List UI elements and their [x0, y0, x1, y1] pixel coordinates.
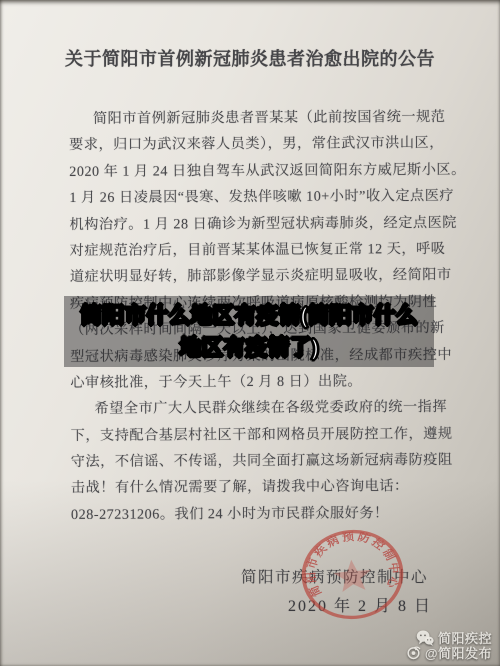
wechat-icon	[416, 630, 434, 646]
caption-line-2: 地区有疫情了)	[179, 332, 318, 364]
watermark-source-2: @简阳发布	[425, 643, 492, 662]
document-photo: 关于简阳市首例新冠肺炎患者治愈出院的公告 简阳市首例新冠肺炎患者晋某某（此前按国…	[0, 0, 500, 666]
notice-title: 关于简阳市首例新冠肺炎患者治愈出院的公告	[0, 45, 500, 71]
notice-body-line: 简阳市首例新冠肺炎患者晋某某（此前按国省统一规范	[69, 104, 437, 132]
source-watermark: 简阳疾控 @简阳发布	[406, 630, 492, 660]
notice-body-line: 心审核批准，于今天上午（2 月 8 日）出院。	[70, 368, 438, 396]
caption-overlay: 简阳市什么地区有疫情(简阳市什么 地区有疫情了)	[64, 296, 434, 367]
seal-star-icon	[332, 558, 372, 593]
notice-body-line: 下，支持配合基层村社区干部和网格员开展防控工作，遵规	[71, 421, 439, 449]
notice-body-line: 守法，不信谣、不传谣，共同全面打赢这场新冠病毒防疫阻	[71, 447, 439, 475]
notice-body-line: 对症规范治疗后，目前晋某某体温已恢复正常 12 天，呼吸	[70, 236, 438, 264]
notice-body-line: 道症状明显好转，肺部影像学显示炎症明显吸收，经简阳市	[70, 262, 438, 290]
notice-body-line: 1 月 26 日凌晨因“畏寒、发热伴咳嗽 10+小时”收入定点医疗	[69, 183, 437, 211]
notice-body-line: 2020 年 1 月 24 日独自驾车从武汉返回简阳东方威尼斯小区。	[69, 157, 437, 185]
notice-body-line: 希望全市广大人民群众继续在各级党委政府的统一指挥	[70, 394, 438, 422]
notice-body-line: 击战！有什么情况需要了解，请拨我中心咨询电话：	[71, 474, 439, 502]
watermark-row-weibo: @简阳发布	[406, 645, 492, 660]
weibo-icon	[406, 645, 421, 660]
official-seal: 简阳市疾病预防控制中心	[292, 520, 413, 628]
caption-line-1: 简阳市什么地区有疫情(简阳市什么	[80, 300, 417, 332]
notice-body-line: 机构治疗。1 月 28 日确诊为新型冠状病毒肺炎，经定点医院	[69, 210, 437, 238]
notice-body-line: 要求，归口为武汉来蓉人员类），男，常住武汉市洪山区，	[69, 130, 437, 158]
